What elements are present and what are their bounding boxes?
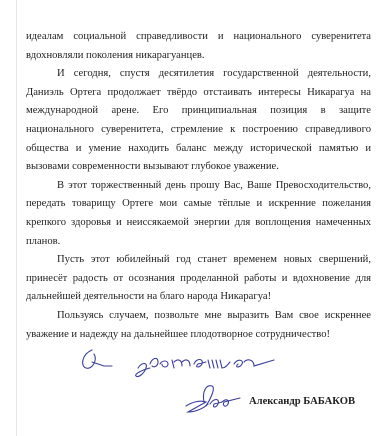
signature-image [182, 382, 242, 418]
paragraph-4: Пусть этот юбилейный год станет временем… [26, 251, 371, 307]
paragraph-2: И сегодня, спустя десятилетия государств… [26, 65, 371, 177]
handwritten-closing-image [78, 346, 298, 380]
paragraph-3: В этот торжественный день прошу Вас, Ваш… [26, 177, 371, 251]
letter-body: идеалам социальной справедливости и наци… [26, 28, 371, 344]
paragraph-1: идеалам социальной справедливости и наци… [26, 28, 371, 65]
signature-block: Александр БАБАКОВ [0, 338, 384, 436]
signer-name: Александр БАБАКОВ [249, 396, 355, 407]
